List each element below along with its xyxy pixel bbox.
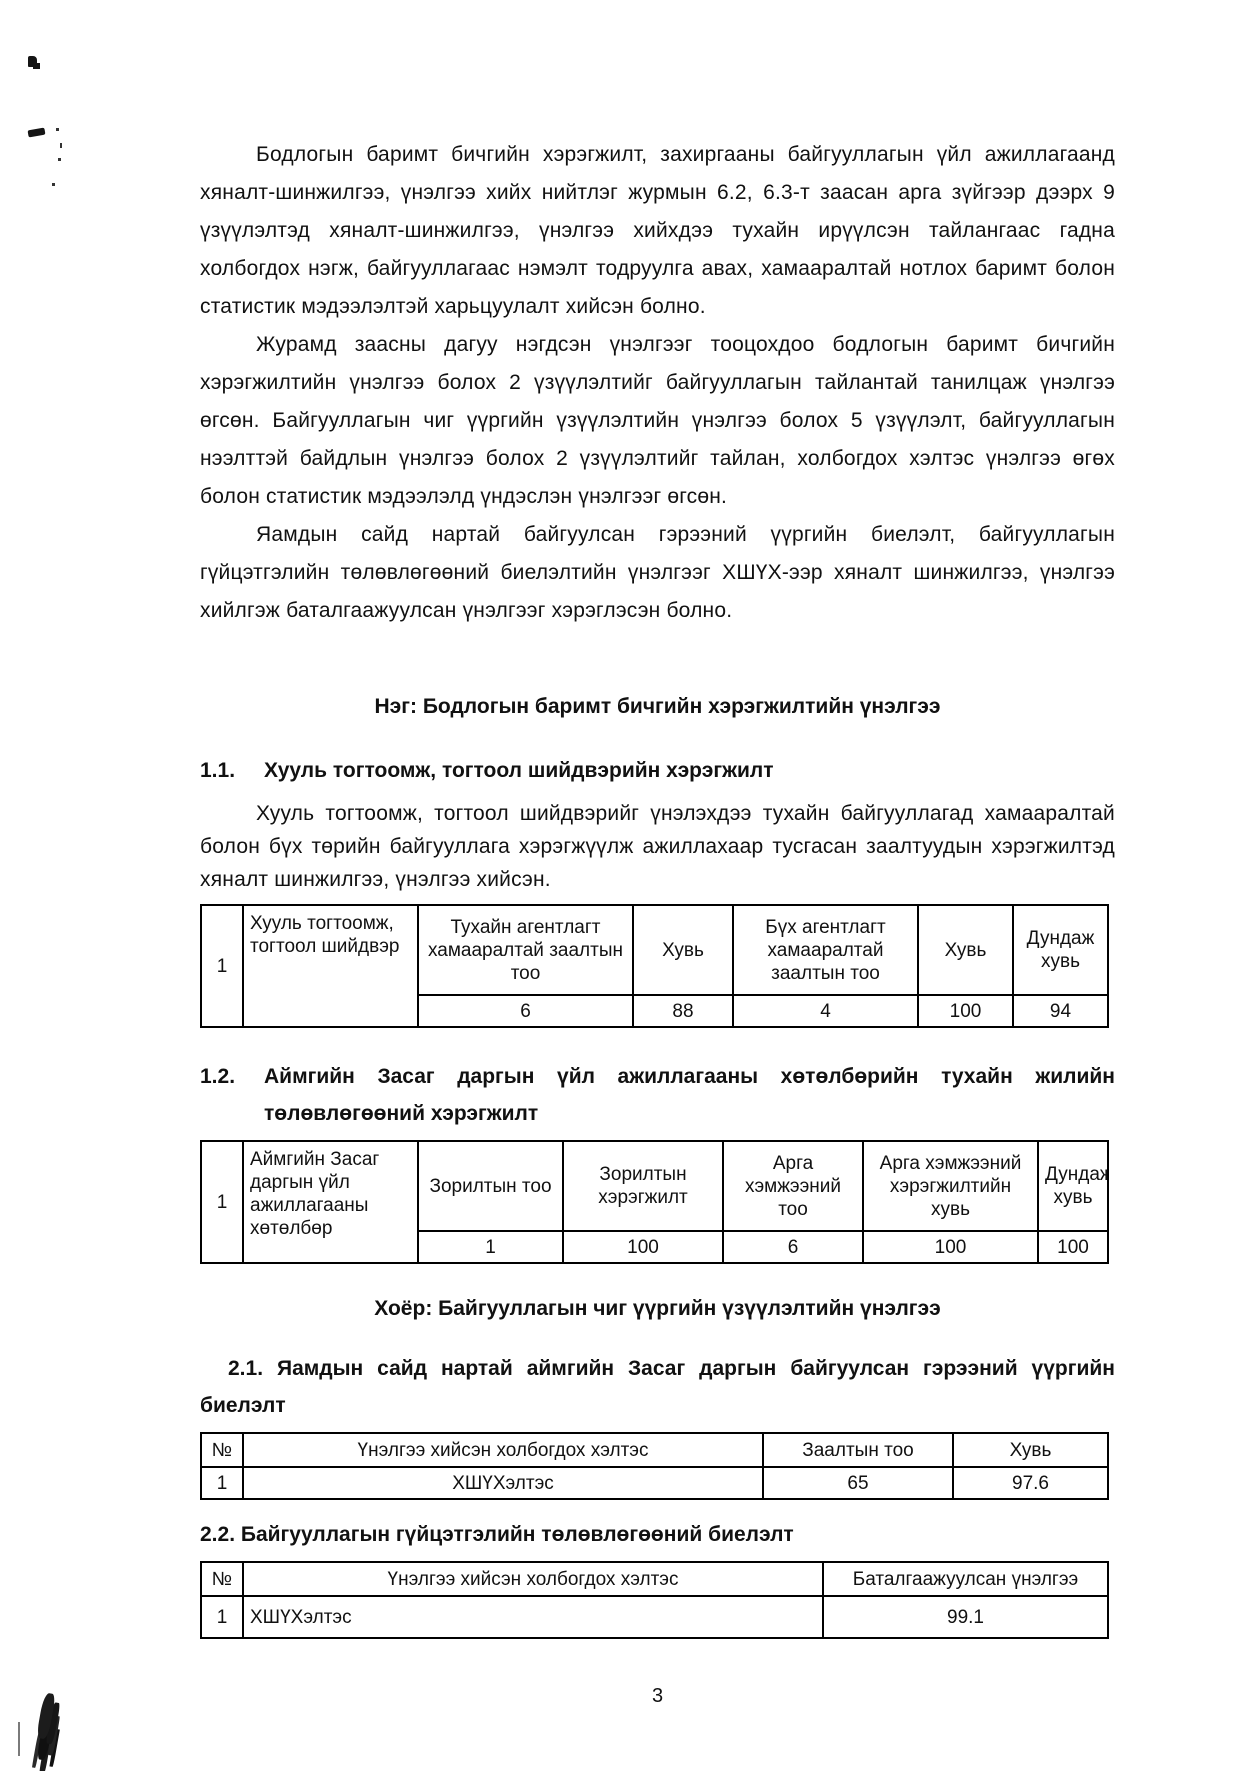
table1-header-percent-2: Хувь [918,905,1013,995]
section-one-heading: Нэг: Бодлогын баримт бичгийн хэрэгжилтий… [200,688,1115,726]
document-page: Бодлогын баримт бичгийн хэрэгжилт, захир… [0,0,1255,1771]
table1-value-average: 94 [1013,995,1108,1027]
table3-header-department: Үнэлгээ хийсэн холбогдох хэлтэс [243,1433,763,1467]
scan-artifact [60,143,62,148]
table2-header-average-percent: Дундаж хувь [1038,1141,1108,1231]
table2-header-measure-implementation-percent: Арга хэмжээний хэрэгжилтийн хувь [863,1141,1038,1231]
scan-artifact [36,1692,56,1739]
scan-artifact [33,63,40,69]
table1-value-percent-2: 100 [918,995,1013,1027]
table2-header-measure-count: Арга хэмжээний тоо [723,1141,863,1231]
scan-artifact [58,158,61,161]
table4-header-confirmed-evaluation: Баталгаажуулсан үнэлгээ [823,1562,1108,1596]
table-row: 1 Хууль тогтоомж, тогтоол шийдвэр Тухайн… [201,905,1108,995]
table4-header-department: Үнэлгээ хийсэн холбогдох хэлтэс [243,1562,823,1596]
table2-header-goal-count: Зорилтын тоо [418,1141,563,1231]
table-governor-program-plan: 1 Аймгийн Засаг даргын үйл ажиллагааны х… [200,1140,1109,1264]
table-row: 1 ХШҮХэлтэс 65 97.6 [201,1467,1108,1499]
section-1-1-title: Хууль тогтоомж, тогтоол шийдвэрийн хэрэг… [264,752,1115,789]
table2-value-measure-count: 6 [723,1231,863,1263]
table4-value-no: 1 [201,1596,243,1638]
section-1-2-title: Аймгийн Засаг даргын үйл ажиллагааны хөт… [264,1058,1115,1132]
paragraph-unified-evaluation: Журамд заасны дагуу нэгдсэн үнэлгээг тоо… [200,326,1115,516]
table4-header-no: № [201,1562,243,1596]
table2-value-goal-implementation: 100 [563,1231,723,1263]
section-1-1-number: 1.1. [200,752,264,789]
section-two-heading: Хоёр: Байгууллагын чиг үүргийн үзүүлэлти… [200,1290,1115,1328]
paragraph-minister-contract: Яамдын сайд нартай байгуулсан гэрээний ү… [200,516,1115,630]
table-row: 1 Аймгийн Засаг даргын үйл ажиллагааны х… [201,1141,1108,1231]
section-1-2-heading: 1.2. Аймгийн Засаг даргын үйл ажиллагаан… [200,1058,1115,1132]
table1-header-average-percent: Дундаж хувь [1013,905,1108,995]
scan-artifact [56,128,59,131]
document-content: Бодлогын баримт бичгийн хэрэгжилт, захир… [200,0,1115,1708]
table-law-decree-implementation: 1 Хууль тогтоомж, тогтоол шийдвэр Тухайн… [200,904,1109,1028]
table-performance-plan-evaluation: № Үнэлгээ хийсэн холбогдох хэлтэс Баталг… [200,1561,1109,1639]
table1-header-own-agency-clauses: Тухайн агентлагт хамааралтай заалтын тоо [418,905,633,995]
paragraph-policy-implementation: Бодлогын баримт бичгийн хэрэгжилт, захир… [200,136,1115,326]
table2-value-measure-percent: 100 [863,1231,1038,1263]
table1-value-own-count: 6 [418,995,633,1027]
table1-header-all-agency-clauses: Бүх агентлагт хамааралтай заалтын тоо [733,905,918,995]
table1-row-label: Хууль тогтоомж, тогтоол шийдвэр [243,905,418,1027]
table1-header-percent-1: Хувь [633,905,733,995]
table-row: № Үнэлгээ хийсэн холбогдох хэлтэс Заалты… [201,1433,1108,1467]
page-number: 3 [200,1685,1115,1708]
table3-value-department: ХШҮХэлтэс [243,1467,763,1499]
table3-header-percent: Хувь [953,1433,1108,1467]
table3-value-percent: 97.6 [953,1467,1108,1499]
table2-value-goal-count: 1 [418,1231,563,1263]
table2-header-goal-implementation: Зорилтын хэрэгжилт [563,1141,723,1231]
section-1-1-intro: Хууль тогтоомж, тогтоол шийдвэрийг үнэлэ… [200,797,1115,896]
table3-header-clause-count: Заалтын тоо [763,1433,953,1467]
table1-value-all-count: 4 [733,995,918,1027]
section-2-2-heading: 2.2. Байгууллагын гүйцэтгэлийн төлөвлөгө… [200,1516,1115,1553]
table1-row-number: 1 [201,905,243,1027]
table-row: № Үнэлгээ хийсэн холбогдох хэлтэс Баталг… [201,1562,1108,1596]
table1-value-percent-1: 88 [633,995,733,1027]
table-row: 1 ХШҮХэлтэс 99.1 [201,1596,1108,1638]
table-contract-duty-evaluation: № Үнэлгээ хийсэн холбогдох хэлтэс Заалты… [200,1432,1109,1500]
scan-artifact [18,1722,20,1756]
table4-value-confirmed-evaluation: 99.1 [823,1596,1108,1638]
table2-row-number: 1 [201,1141,243,1263]
section-1-2-number: 1.2. [200,1058,264,1132]
scan-artifact [28,128,46,138]
table3-value-no: 1 [201,1467,243,1499]
section-1-1-heading: 1.1. Хууль тогтоомж, тогтоол шийдвэрийн … [200,752,1115,789]
table2-row-label: Аймгийн Засаг даргын үйл ажиллагааны хөт… [243,1141,418,1263]
table2-value-average: 100 [1038,1231,1108,1263]
table3-value-clause-count: 65 [763,1467,953,1499]
table3-header-no: № [201,1433,243,1467]
section-2-1-heading: 2.1. Яамдын сайд нартай аймгийн Засаг да… [200,1350,1115,1424]
scan-artifact [52,183,55,186]
table4-value-department: ХШҮХэлтэс [243,1596,823,1638]
